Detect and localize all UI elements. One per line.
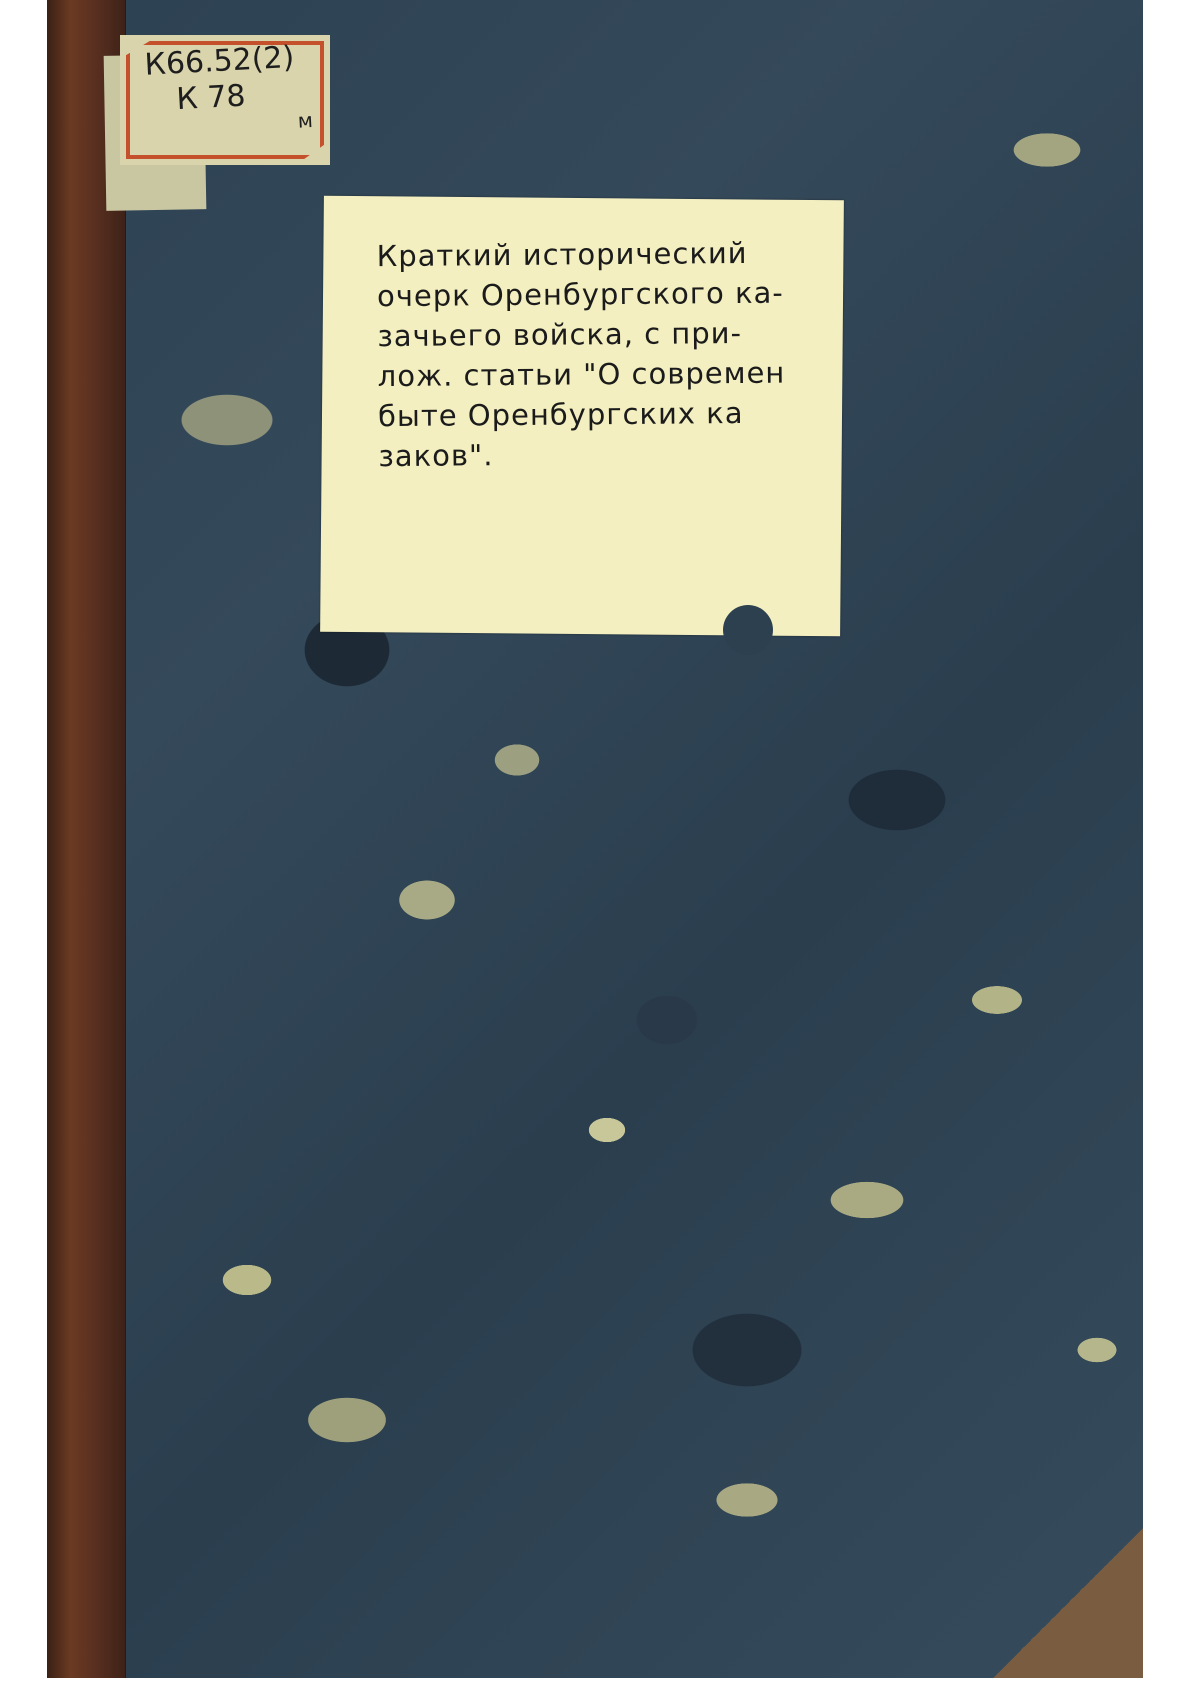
handwritten-title: Краткий исторический очерк Оренбургского… xyxy=(377,232,829,476)
label-notch xyxy=(723,605,773,655)
title-line: зачьего войска, с при- xyxy=(377,312,827,356)
title-line: лож. статьи "О современ xyxy=(378,352,828,396)
leather-spine xyxy=(47,0,126,1678)
title-line: Краткий исторический xyxy=(377,232,827,276)
leather-corner xyxy=(993,1528,1143,1678)
title-label: Краткий исторический очерк Оренбургского… xyxy=(320,196,844,637)
title-line: заков". xyxy=(378,432,828,476)
title-line: быте Оренбургских ка xyxy=(378,392,828,436)
title-line: очерк Оренбургского ка- xyxy=(377,272,827,316)
call-number: К66.52(2) К 78 м xyxy=(144,38,328,137)
library-stamp: К66.52(2) К 78 м xyxy=(120,35,330,165)
